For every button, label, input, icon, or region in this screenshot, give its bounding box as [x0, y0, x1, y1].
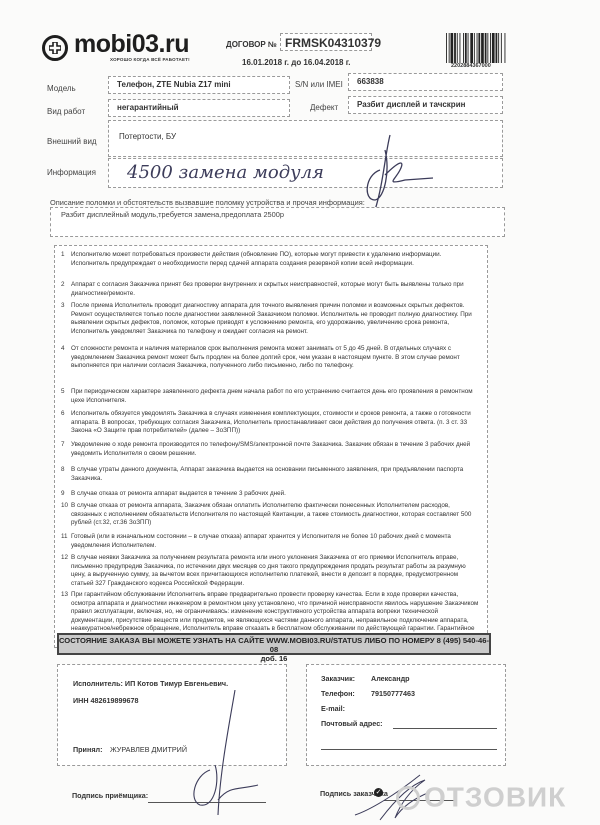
term-item: 10В случае отказа от ремонта аппарата, З…: [61, 502, 481, 528]
term-item: 6Исполнитель обязуется уведомлять Заказч…: [61, 410, 481, 436]
info-handwritten: 4500 замена модуля: [127, 162, 324, 183]
term-item: 9В случае отказа от ремонта аппарат выда…: [61, 490, 481, 499]
customer-email-label: E-mail:: [321, 704, 345, 713]
terms-list: 1Исполнителю может потребоваться произве…: [54, 245, 488, 648]
term-text: Уведомление о ходе ремонта производится …: [61, 441, 481, 458]
contract-label: ДОГОВОР №: [226, 40, 277, 49]
term-number: 5: [61, 388, 71, 397]
term-number: 8: [61, 466, 71, 475]
customer-phone: 79150777463: [371, 689, 415, 698]
term-text: От сложности ремонта и наличия материало…: [61, 345, 481, 371]
logo-cross-icon: [42, 35, 68, 61]
model-field: Телефон, ZTE Nubia Z17 mini: [108, 76, 290, 94]
info-field: 4500 замена модуля: [108, 158, 503, 188]
customer-address-label: Почтовый адрес:: [321, 719, 383, 728]
term-text: Исполнителю может потребоваться произвес…: [61, 251, 481, 268]
contract-number: FRMSK04310379: [280, 33, 372, 51]
imei-label: S/N или IMEI: [295, 80, 343, 89]
order-status-banner: СОСТОЯНИЕ ЗАКАЗА ВЫ МОЖЕТЕ УЗНАТЬ НА САЙ…: [57, 633, 491, 655]
executor-name: Исполнитель: ИП Котов Тимур Евгеньевич.: [73, 679, 228, 688]
description-field: Разбит дисплейный модуль,требуется замен…: [50, 207, 505, 237]
term-item: 5При периодическом характере заявленного…: [61, 388, 481, 405]
receiver-signature-label: Подпись приёмщика:: [72, 791, 148, 800]
info-label: Информация: [47, 168, 96, 177]
model-label: Модель: [47, 84, 76, 93]
term-item: 8В случае утраты данного документа, Аппа…: [61, 466, 481, 483]
barcode-icon: [446, 33, 506, 63]
term-number: 13: [61, 591, 71, 600]
term-number: 2: [61, 281, 71, 290]
logo-slogan: ХОРОШО КОГДА ВСЁ РАБОТАЕТ!: [110, 57, 190, 62]
term-number: 9: [61, 490, 71, 499]
term-text: В случае неявки Заказчика за получением …: [61, 554, 481, 588]
imei-field: 663838: [348, 73, 503, 91]
term-text: В случае отказа от ремонта аппарата, Зак…: [61, 502, 481, 528]
term-number: 4: [61, 345, 71, 354]
term-number: 12: [61, 554, 71, 563]
term-item: 3После приема Исполнитель проводит диагн…: [61, 302, 481, 336]
term-number: 1: [61, 251, 71, 260]
term-item: 7Уведомление о ходе ремонта производится…: [61, 441, 481, 458]
work-type-label: Вид работ: [47, 107, 85, 116]
accepted-label: Принял:: [73, 745, 102, 754]
defect-label: Дефект: [310, 103, 338, 112]
work-type-field: негарантийный: [108, 99, 290, 117]
otzovik-watermark: ОТЗОВИК: [396, 780, 600, 820]
power-icon: [396, 786, 420, 810]
term-text: После приема Исполнитель проводит диагно…: [61, 302, 481, 336]
receiver-signature-icon: [180, 690, 260, 820]
term-text: В случае отказа от ремонта аппарат выдае…: [61, 490, 481, 499]
term-text: Готовый (или в изначальном состоянии – в…: [61, 533, 481, 550]
term-number: 3: [61, 302, 71, 311]
term-item: 2Аппарат с согласия Заказчика принят без…: [61, 281, 481, 298]
term-text: Исполнитель обязуется уведомлять Заказчи…: [61, 410, 481, 436]
term-number: 10: [61, 502, 71, 511]
appearance-label: Внешний вид: [47, 137, 97, 146]
description-label: Описание поломки и обстоятельств вызвавш…: [50, 198, 365, 207]
term-number: 6: [61, 410, 71, 419]
defect-field: Разбит дисплей и тачскрин: [348, 96, 503, 114]
logo-text: mobi03.ru: [74, 30, 189, 59]
term-number: 11: [61, 533, 71, 542]
contract-dates: 16.01.2018 г. до 16.04.2018 г.: [242, 58, 350, 67]
term-item: 12В случае неявки Заказчика за получение…: [61, 554, 481, 588]
appearance-field: Потертости, БУ: [108, 120, 503, 157]
term-text: Аппарат с согласия Заказчика принят без …: [61, 281, 481, 298]
executor-inn: ИНН 482619899678: [73, 696, 139, 705]
term-item: 1Исполнителю может потребоваться произве…: [61, 251, 481, 268]
term-item: 11Готовый (или в изначальном состоянии –…: [61, 533, 481, 550]
barcode-number: 2202884367000: [451, 63, 491, 69]
customer-section: Заказчик: Александр Телефон: 79150777463…: [306, 664, 506, 766]
term-number: 7: [61, 441, 71, 450]
term-text: При периодическом характере заявленного …: [61, 388, 481, 405]
customer-name: Александр: [371, 674, 410, 683]
accepted-value: ЖУРАВЛЕВ ДМИТРИЙ: [110, 745, 187, 754]
term-item: 4От сложности ремонта и наличия материал…: [61, 345, 481, 371]
term-text: В случае утраты данного документа, Аппар…: [61, 466, 481, 483]
